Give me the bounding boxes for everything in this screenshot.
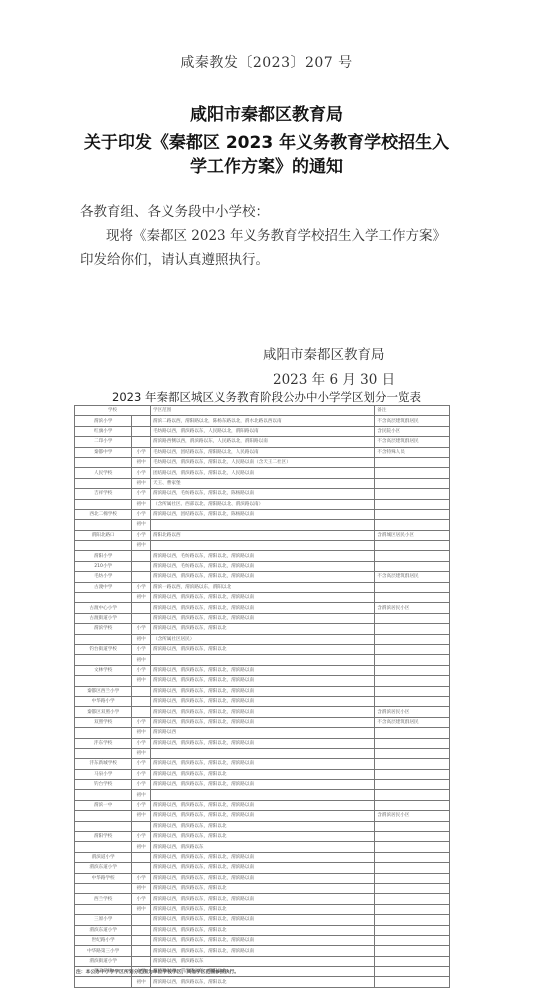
note-cell	[375, 863, 450, 873]
level-cell	[132, 915, 151, 925]
school-cell: 钓台学校	[75, 780, 132, 790]
range-cell: 渭滨路以西，渭滨路以东，渭阳以北，渭滨路以南	[150, 738, 374, 748]
school-cell	[75, 811, 132, 821]
table-row: 西兰学校小学渭滨路以西，渭滨路以东，渭阳以北，渭滨路以南	[75, 894, 450, 904]
table-row: 古渡街道小学渭滨路以西，渭滨路以东，渭阳以北，渭滨路以南	[75, 613, 450, 623]
level-cell: 小学	[132, 447, 151, 457]
level-cell	[132, 821, 151, 831]
table-row: 初中	[75, 655, 450, 665]
table-row: 渭阳北路口小学渭阳北路以西含渭城区居民小区	[75, 530, 450, 540]
table-row: 文林学校小学渭滨路以西，渭滨路以东，渭阳以北，渭滨路以南	[75, 665, 450, 675]
table-row: 吉祥学校小学渭滨路以西，毛纺路以东，渭阳以北，陈杨路以南	[75, 489, 450, 499]
level-cell	[132, 925, 151, 935]
range-cell: 渭滨路以西，毛纺路以东，渭阳以北，渭滨路以南	[150, 551, 374, 561]
note-cell: 不含高层建筑群居民	[375, 416, 450, 426]
table-row: 西北二棉学校小学渭滨路以西，团结路以东，渭阳以北，陈杨路以南	[75, 509, 450, 519]
level-cell	[132, 551, 151, 561]
level-cell	[132, 946, 151, 956]
range-cell: 渭滨路以西，渭滨路以东，渭阳以北，渭滨路以南	[150, 811, 374, 821]
salutation: 各教育组、各义务段中小学校：	[80, 200, 269, 220]
range-cell: 渭滨路以西，渭滨路以东，渭阳以北，渭滨路以南	[150, 676, 374, 686]
level-cell	[132, 956, 151, 966]
range-cell: 渭滨路以西，渭滨路以东，渭阳以北，渭滨路以南	[150, 593, 374, 603]
range-cell: 渭滨路以西，渭滨路以东，渭阳以北，渭滨路以南	[150, 935, 374, 945]
note-cell	[375, 655, 450, 665]
range-cell: 渭滨路以西，渭滨路以东	[150, 956, 374, 966]
note-cell: 含民院小区	[375, 426, 450, 436]
table-row: 双照学校小学渭滨路以西，渭滨路以东，渭阳以北，渭滨路以南不含高层建筑群居民	[75, 717, 450, 727]
range-cell: 渭滨路以西，渭滨路以东，渭阳以北，渭滨路以南	[150, 873, 374, 883]
level-cell: 小学	[132, 582, 151, 592]
note-cell	[375, 873, 450, 883]
school-cell	[75, 977, 132, 987]
document-number: 咸秦教发〔2023〕207 号	[0, 52, 533, 72]
table-row: 初中渭滨路以西，渭滨路以东，渭阳以北	[75, 904, 450, 914]
table-row: 初中渭滨路以西	[75, 728, 450, 738]
range-cell: 渭滨路以西，渭滨路以东，渭阳以北，渭滨路以南	[150, 717, 374, 727]
level-cell: 小学	[132, 873, 151, 883]
range-cell: 渭滨路以西，渭滨路以东，渭阳以北，渭滨路以南	[150, 572, 374, 582]
level-cell: 小学	[132, 780, 151, 790]
school-cell	[75, 520, 132, 530]
table-row: 初中渭滨路以西，渭滨路以东，渭阳以北	[75, 883, 450, 893]
range-cell	[150, 541, 374, 551]
note-cell	[375, 915, 450, 925]
school-cell: 人民学校	[75, 468, 132, 478]
title-subject-line2: 学工作方案》的通知	[0, 152, 533, 177]
school-cell: 中华路学校	[75, 873, 132, 883]
level-cell: 初中	[132, 811, 151, 821]
range-cell: （含所属社区居民）	[150, 634, 374, 644]
table-row: 渭滨道小学渭滨路以西，渭滨路以东，渭阳以北，渭滨路以南	[75, 852, 450, 862]
table-row: 秦都中学小学毛纺路以西，团结路以东，渭阳路以北，人民路以南不含特殊人员	[75, 447, 450, 457]
note-cell	[375, 738, 450, 748]
table-header-row: 学校 学区范围 备注	[75, 406, 450, 416]
table-row: 毛纺小学渭滨路以西，渭滨路以东，渭阳以北，渭滨路以南不含高层建筑群居民	[75, 572, 450, 582]
table-row: 古渡中学小学渭滨一路以西，渭滨路以东，渭阳以北	[75, 582, 450, 592]
level-cell: 初中	[132, 541, 151, 551]
table-row: 初中天王、曹家堡	[75, 478, 450, 488]
level-cell: 小学	[132, 738, 151, 748]
note-cell	[375, 509, 450, 519]
note-cell	[375, 780, 450, 790]
level-cell: 小学	[132, 759, 151, 769]
level-cell: 小学	[132, 468, 151, 478]
body-line2: 印发给你们，请认真遵照执行。	[80, 248, 269, 268]
range-cell: 渭滨路以西，渭滨路以东，渭阳以北，渭滨路以南	[150, 780, 374, 790]
table-row: 中华路小学渭滨路以西，渭滨路以东，渭阳以北，渭滨路以南	[75, 696, 450, 706]
level-cell	[132, 561, 151, 571]
range-cell: 渭滨路以西，渭滨路以东，渭阳以北，渭滨路以南	[150, 686, 374, 696]
level-cell	[132, 863, 151, 873]
school-cell: 秦都区双照小学	[75, 707, 132, 717]
table-row: 初中渭滨路以西，渭滨路以东	[75, 842, 450, 852]
school-cell: 吉祥学校	[75, 489, 132, 499]
body-line1: 现将《秦都区 2023 年义务教育学校招生入学工作方案》	[106, 224, 446, 244]
note-cell	[375, 468, 450, 478]
level-cell: 初中	[132, 457, 151, 467]
note-cell	[375, 842, 450, 852]
level-cell	[132, 852, 151, 862]
school-cell	[75, 676, 132, 686]
range-cell: 渭滨路以西	[150, 728, 374, 738]
range-cell	[150, 748, 374, 758]
range-cell: 渭滨路以西，渭滨路以东，渭阳以北，渭滨路以南	[150, 800, 374, 810]
level-cell: 初中	[132, 655, 151, 665]
note-cell	[375, 644, 450, 654]
note-cell	[375, 852, 450, 862]
level-cell: 小学	[132, 624, 151, 634]
range-cell: 渭滨路以西，渭滨路以东，渭阳以北	[150, 644, 374, 654]
school-cell	[75, 478, 132, 488]
school-cell: 钓台街道学校	[75, 644, 132, 654]
level-cell: 初中	[132, 748, 151, 758]
note-cell	[375, 582, 450, 592]
range-cell: 渭滨路以西，渭滨路以东，渭阳以北	[150, 904, 374, 914]
range-cell: 渭滨路以西，渭滨路以东，渭阳以北，渭滨路以南	[150, 759, 374, 769]
note-cell	[375, 769, 450, 779]
range-cell: 渭滨路以西，渭滨路以东，渭阳以北，渭滨路以南	[150, 603, 374, 613]
school-cell: 世纪路小学	[75, 935, 132, 945]
range-cell: 渭滨路以西，团结路以东，渭阳以北，陈杨路以南	[150, 509, 374, 519]
note-cell	[375, 696, 450, 706]
table-row: 初中	[75, 541, 450, 551]
level-cell: 小学	[132, 832, 151, 842]
table-row: 秦都区双照小学渭滨路以西，渭滨路以东，渭阳以北，渭滨路以南含渭滨居民小区	[75, 707, 450, 717]
level-cell: 初中	[132, 593, 151, 603]
note-cell	[375, 904, 450, 914]
header-school: 学校	[75, 406, 151, 416]
school-cell: 二印小学	[75, 437, 132, 447]
school-cell: 毛纺小学	[75, 572, 132, 582]
range-cell: 渭滨路以西，渭滨路以东，渭阳以北，渭滨路以南	[150, 707, 374, 717]
level-cell: 初中	[132, 790, 151, 800]
note-cell	[375, 624, 450, 634]
school-cell: 古渡中心小学	[75, 603, 132, 613]
note-cell	[375, 821, 450, 831]
range-cell: 渭滨路以西，渭滨路以东，渭阳以北，渭滨路以南	[150, 894, 374, 904]
range-cell: 渭滨一路以西，渭滨路以东，渭阳以北	[150, 582, 374, 592]
range-cell: 渭滨路以西，渭滨路以东，渭阳以北	[150, 821, 374, 831]
note-cell	[375, 956, 450, 966]
range-cell: 渭阳北路以西	[150, 530, 374, 540]
school-cell	[75, 842, 132, 852]
note-cell	[375, 551, 450, 561]
school-cell: 渭滨小学	[75, 416, 132, 426]
school-cell: 三原小学	[75, 915, 132, 925]
school-cell: 中华路第三小学	[75, 946, 132, 956]
note-cell: 含渭滨居民小区	[375, 707, 450, 717]
level-cell	[132, 437, 151, 447]
note-cell	[375, 935, 450, 945]
table-row: 渭滨街道小学渭滨路以西，渭滨路以东	[75, 956, 450, 966]
level-cell: 初中	[132, 883, 151, 893]
school-cell	[75, 541, 132, 551]
table-row: 渭滨东道小学渭滨路以西，渭滨路以东，渭阳以北	[75, 925, 450, 935]
note-cell	[375, 832, 450, 842]
table-row: 初中渭滨路以西，渭滨路以东，渭阳以北，渭滨路以南	[75, 676, 450, 686]
school-cell: 渭滨一中	[75, 800, 132, 810]
school-cell: 文林学校	[75, 665, 132, 675]
level-cell: 小学	[132, 665, 151, 675]
level-cell: 初中	[132, 842, 151, 852]
level-cell: 小学	[132, 894, 151, 904]
school-cell: 红旗小学	[75, 426, 132, 436]
note-cell	[375, 634, 450, 644]
note-cell	[375, 883, 450, 893]
table-row: 渭滨东道小学渭滨路以西，渭滨路以东，渭阳以北，渭滨路以南	[75, 863, 450, 873]
table-row: 初中渭滨路以西，渭滨路以东，渭阳以北	[75, 977, 450, 987]
school-cell	[75, 457, 132, 467]
table-title: 2023 年秦都区城区义务教育阶段公办中小学学区划分一览表	[0, 389, 533, 405]
table-row: 中华路学校小学渭滨路以西，渭滨路以东，渭阳以北，渭滨路以南	[75, 873, 450, 883]
level-cell: 小学	[132, 769, 151, 779]
school-cell	[75, 728, 132, 738]
header-note: 备注	[375, 406, 450, 416]
range-cell	[150, 520, 374, 530]
level-cell: 小学	[132, 644, 151, 654]
school-cell	[75, 748, 132, 758]
level-cell: 初中	[132, 904, 151, 914]
school-cell: 西北二棉学校	[75, 509, 132, 519]
issue-date: 2023 年 6 月 30 日	[273, 368, 395, 388]
school-cell: 中华路小学	[75, 696, 132, 706]
school-cell: 秦都中学	[75, 447, 132, 457]
note-cell	[375, 790, 450, 800]
range-cell: 渭滨路以西，渭滨路以东，渭阳以北	[150, 769, 374, 779]
table-row: 古渡中心小学渭滨路以西，渭滨路以东，渭阳以北，渭滨路以南含渭滨居民小区	[75, 603, 450, 613]
school-cell: 沣东新城学校	[75, 759, 132, 769]
range-cell: 毛纺路以西，团结路以东，渭阳路以北，人民路以南	[150, 447, 374, 457]
table-row: 初中渭滨路以西，渭滨路以东，渭阳以北，渭滨路以南	[75, 593, 450, 603]
table-footnote: 注：本公办中小学学区所划分范围为单位学校学区，其他学区范围参照执行。	[76, 968, 239, 975]
header-range: 学区范围	[150, 406, 374, 416]
note-cell	[375, 946, 450, 956]
school-cell: 渭滨学校	[75, 624, 132, 634]
note-cell	[375, 457, 450, 467]
issuer-signature: 咸阳市秦都区教育局	[263, 343, 385, 363]
school-cell: 渭阳北路口	[75, 530, 132, 540]
note-cell: 不含特殊人员	[375, 447, 450, 457]
note-cell	[375, 759, 450, 769]
level-cell: 小学	[132, 717, 151, 727]
note-cell	[375, 613, 450, 623]
school-cell	[75, 821, 132, 831]
school-cell: 马泉小学	[75, 769, 132, 779]
note-cell: 含渭城区居民小区	[375, 530, 450, 540]
level-cell: 小学	[132, 530, 151, 540]
note-cell	[375, 676, 450, 686]
table-row: 渭滨学校小学渭滨路以西，渭滨路以东，渭阳以北	[75, 624, 450, 634]
school-cell	[75, 655, 132, 665]
table-row: 初中渭滨路以西，渭滨路以东，渭阳以北，渭滨路以南含渭滨居民小区	[75, 811, 450, 821]
range-cell: 渭滨路以西，渭滨路以东，渭阳以北，渭滨路以南	[150, 665, 374, 675]
title-issuer: 咸阳市秦都区教育局	[0, 100, 533, 125]
table-body: 渭滨小学渭滨二路以西，渭阳路以北，陈杨东路以北，渭水北路以西以南不含高层建筑群居…	[75, 416, 450, 987]
level-cell	[132, 707, 151, 717]
range-cell: 渭滨二路以西，渭阳路以北，陈杨东路以北，渭水北路以西以南	[150, 416, 374, 426]
table-row: 人民学校小学团结路以西，渭滨路以东，渭阳以北，人民路以南	[75, 468, 450, 478]
note-cell	[375, 489, 450, 499]
note-cell	[375, 894, 450, 904]
note-cell: 不含高层建筑群居民	[375, 717, 450, 727]
range-cell: 渭滨路西侧以西，渭滨路以东，人民路以北，渭阳路以南	[150, 437, 374, 447]
range-cell: 天王、曹家堡	[150, 478, 374, 488]
range-cell: 渭滨路以西，渭滨路以东，渭阳以北，渭滨路以南	[150, 946, 374, 956]
school-cell: 渭滨道小学	[75, 852, 132, 862]
school-cell	[75, 883, 132, 893]
table-row: 渭阳学校小学渭滨路以西，渭滨路以东，渭阳以北	[75, 832, 450, 842]
table-row: 初中	[75, 748, 450, 758]
table-row: 钓台街道学校小学渭滨路以西，渭滨路以东，渭阳以北	[75, 644, 450, 654]
table-row: 沣东学校小学渭滨路以西，渭滨路以东，渭阳以北，渭滨路以南	[75, 738, 450, 748]
range-cell: 渭滨路以西，渭滨路以东，渭阳以北，渭滨路以南	[150, 915, 374, 925]
level-cell: 初中	[132, 977, 151, 987]
school-cell: 西兰学校	[75, 894, 132, 904]
table-row: 中华路第三小学渭滨路以西，渭滨路以东，渭阳以北，渭滨路以南	[75, 946, 450, 956]
note-cell	[375, 800, 450, 810]
range-cell: 渭滨路以西，渭滨路以东，渭阳以北，渭滨路以南	[150, 863, 374, 873]
table-row: 秦都区西兰小学渭滨路以西，渭滨路以东，渭阳以北，渭滨路以南	[75, 686, 450, 696]
table-row: 马泉小学小学渭滨路以西，渭滨路以东，渭阳以北	[75, 769, 450, 779]
table-row: 初中（含所属社区居民）	[75, 634, 450, 644]
range-cell: 渭滨路以西，渭滨路以东，渭阳以北	[150, 977, 374, 987]
table-row: 世纪路小学渭滨路以西，渭滨路以东，渭阳以北，渭滨路以南	[75, 935, 450, 945]
note-cell	[375, 925, 450, 935]
school-cell: 渭阳小学	[75, 551, 132, 561]
school-cell: 古渡中学	[75, 582, 132, 592]
level-cell	[132, 686, 151, 696]
school-cell: 渭滨东道小学	[75, 863, 132, 873]
range-cell: 渭滨路以西，渭滨路以东，渭阳以北，渭滨路以南	[150, 613, 374, 623]
school-cell	[75, 790, 132, 800]
range-cell: 渭滨路以西，渭滨路以东，渭阳以北	[150, 925, 374, 935]
level-cell	[132, 426, 151, 436]
note-cell	[375, 977, 450, 987]
note-cell: 不含高层建筑群居民	[375, 437, 450, 447]
range-cell: （含所属社区、西部以北、渭阳路以北、渭滨路以南）	[150, 499, 374, 509]
school-cell: 210小学	[75, 561, 132, 571]
level-cell: 小学	[132, 489, 151, 499]
note-cell	[375, 520, 450, 530]
table-row: 钓台学校小学渭滨路以西，渭滨路以东，渭阳以北，渭滨路以南	[75, 780, 450, 790]
note-cell: 含渭滨居民小区	[375, 603, 450, 613]
school-cell	[75, 593, 132, 603]
range-cell: 毛纺路以西，渭滨路以东，渭阳以北，人民路以南（含天王二社区）	[150, 457, 374, 467]
table-row: 初中毛纺路以西，渭滨路以东，渭阳以北，人民路以南（含天王二社区）	[75, 457, 450, 467]
range-cell: 渭滨路以西，渭滨路以东	[150, 842, 374, 852]
school-cell: 渭阳学校	[75, 832, 132, 842]
school-cell: 沣东学校	[75, 738, 132, 748]
table-row: 渭阳小学渭滨路以西，毛纺路以东，渭阳以北，渭滨路以南	[75, 551, 450, 561]
range-cell: 渭滨路以西，毛纺路以东，渭阳以北，陈杨路以南	[150, 489, 374, 499]
school-cell	[75, 904, 132, 914]
note-cell	[375, 665, 450, 675]
table-row: 渭滨路以西，渭滨路以东，渭阳以北	[75, 821, 450, 831]
range-cell: 渭滨路以西，渭滨路以东，渭阳以北	[150, 832, 374, 842]
note-cell	[375, 593, 450, 603]
range-cell	[150, 655, 374, 665]
level-cell	[132, 416, 151, 426]
table-row: 渭滨小学渭滨二路以西，渭阳路以北，陈杨东路以北，渭水北路以西以南不含高层建筑群居…	[75, 416, 450, 426]
level-cell: 初中	[132, 478, 151, 488]
level-cell	[132, 572, 151, 582]
school-cell	[75, 499, 132, 509]
note-cell	[375, 967, 450, 977]
table-row: 沣东新城学校小学渭滨路以西，渭滨路以东，渭阳以北，渭滨路以南	[75, 759, 450, 769]
school-cell: 秦都区西兰小学	[75, 686, 132, 696]
note-cell: 含渭滨居民小区	[375, 811, 450, 821]
school-cell: 双照学校	[75, 717, 132, 727]
school-district-table: 学校 学区范围 备注 渭滨小学渭滨二路以西，渭阳路以北，陈杨东路以北，渭水北路以…	[74, 405, 450, 988]
table-row: 初中（含所属社区、西部以北、渭阳路以北、渭滨路以南）	[75, 499, 450, 509]
table-row: 三原小学渭滨路以西，渭滨路以东，渭阳以北，渭滨路以南	[75, 915, 450, 925]
note-cell	[375, 728, 450, 738]
range-cell: 团结路以西，渭滨路以东，渭阳以北，人民路以南	[150, 468, 374, 478]
level-cell	[132, 613, 151, 623]
level-cell: 小学	[132, 800, 151, 810]
table-row: 初中	[75, 790, 450, 800]
level-cell	[132, 935, 151, 945]
table-row: 210小学渭滨路以西，毛纺路以东，渭阳以北，渭滨路以南	[75, 561, 450, 571]
level-cell	[132, 603, 151, 613]
note-cell	[375, 748, 450, 758]
range-cell	[150, 790, 374, 800]
level-cell: 初中	[132, 728, 151, 738]
school-cell: 古渡街道小学	[75, 613, 132, 623]
range-cell: 渭滨路以西，渭滨路以东，渭阳以北	[150, 624, 374, 634]
table-row: 渭滨一中小学渭滨路以西，渭滨路以东，渭阳以北，渭滨路以南	[75, 800, 450, 810]
level-cell: 初中	[132, 499, 151, 509]
title-subject-line1: 关于印发《秦都区 2023 年义务教育学校招生入	[0, 128, 533, 153]
level-cell: 小学	[132, 509, 151, 519]
table-row: 红旗小学毛纺路以西，渭滨路以东，人民路以北，渭阳路以南含民院小区	[75, 426, 450, 436]
school-cell	[75, 634, 132, 644]
note-cell: 不含高层建筑群居民	[375, 572, 450, 582]
range-cell: 渭滨路以西，毛纺路以东，渭阳以北，渭滨路以南	[150, 561, 374, 571]
range-cell: 渭滨路以西，渭滨路以东，渭阳以北	[150, 883, 374, 893]
range-cell: 渭滨路以西，渭滨路以东，渭阳以北，渭滨路以南	[150, 852, 374, 862]
range-cell: 毛纺路以西，渭滨路以东，人民路以北，渭阳路以南	[150, 426, 374, 436]
note-cell	[375, 499, 450, 509]
level-cell	[132, 696, 151, 706]
note-cell	[375, 541, 450, 551]
level-cell: 初中	[132, 520, 151, 530]
level-cell: 初中	[132, 676, 151, 686]
table-row: 二印小学渭滨路西侧以西，渭滨路以东，人民路以北，渭阳路以南不含高层建筑群居民	[75, 437, 450, 447]
range-cell: 渭滨路以西，渭滨路以东，渭阳以北，渭滨路以南	[150, 696, 374, 706]
note-cell	[375, 686, 450, 696]
school-cell: 渭滨东道小学	[75, 925, 132, 935]
level-cell: 初中	[132, 634, 151, 644]
note-cell	[375, 561, 450, 571]
table-row: 初中	[75, 520, 450, 530]
note-cell	[375, 478, 450, 488]
school-cell: 渭滨街道小学	[75, 956, 132, 966]
